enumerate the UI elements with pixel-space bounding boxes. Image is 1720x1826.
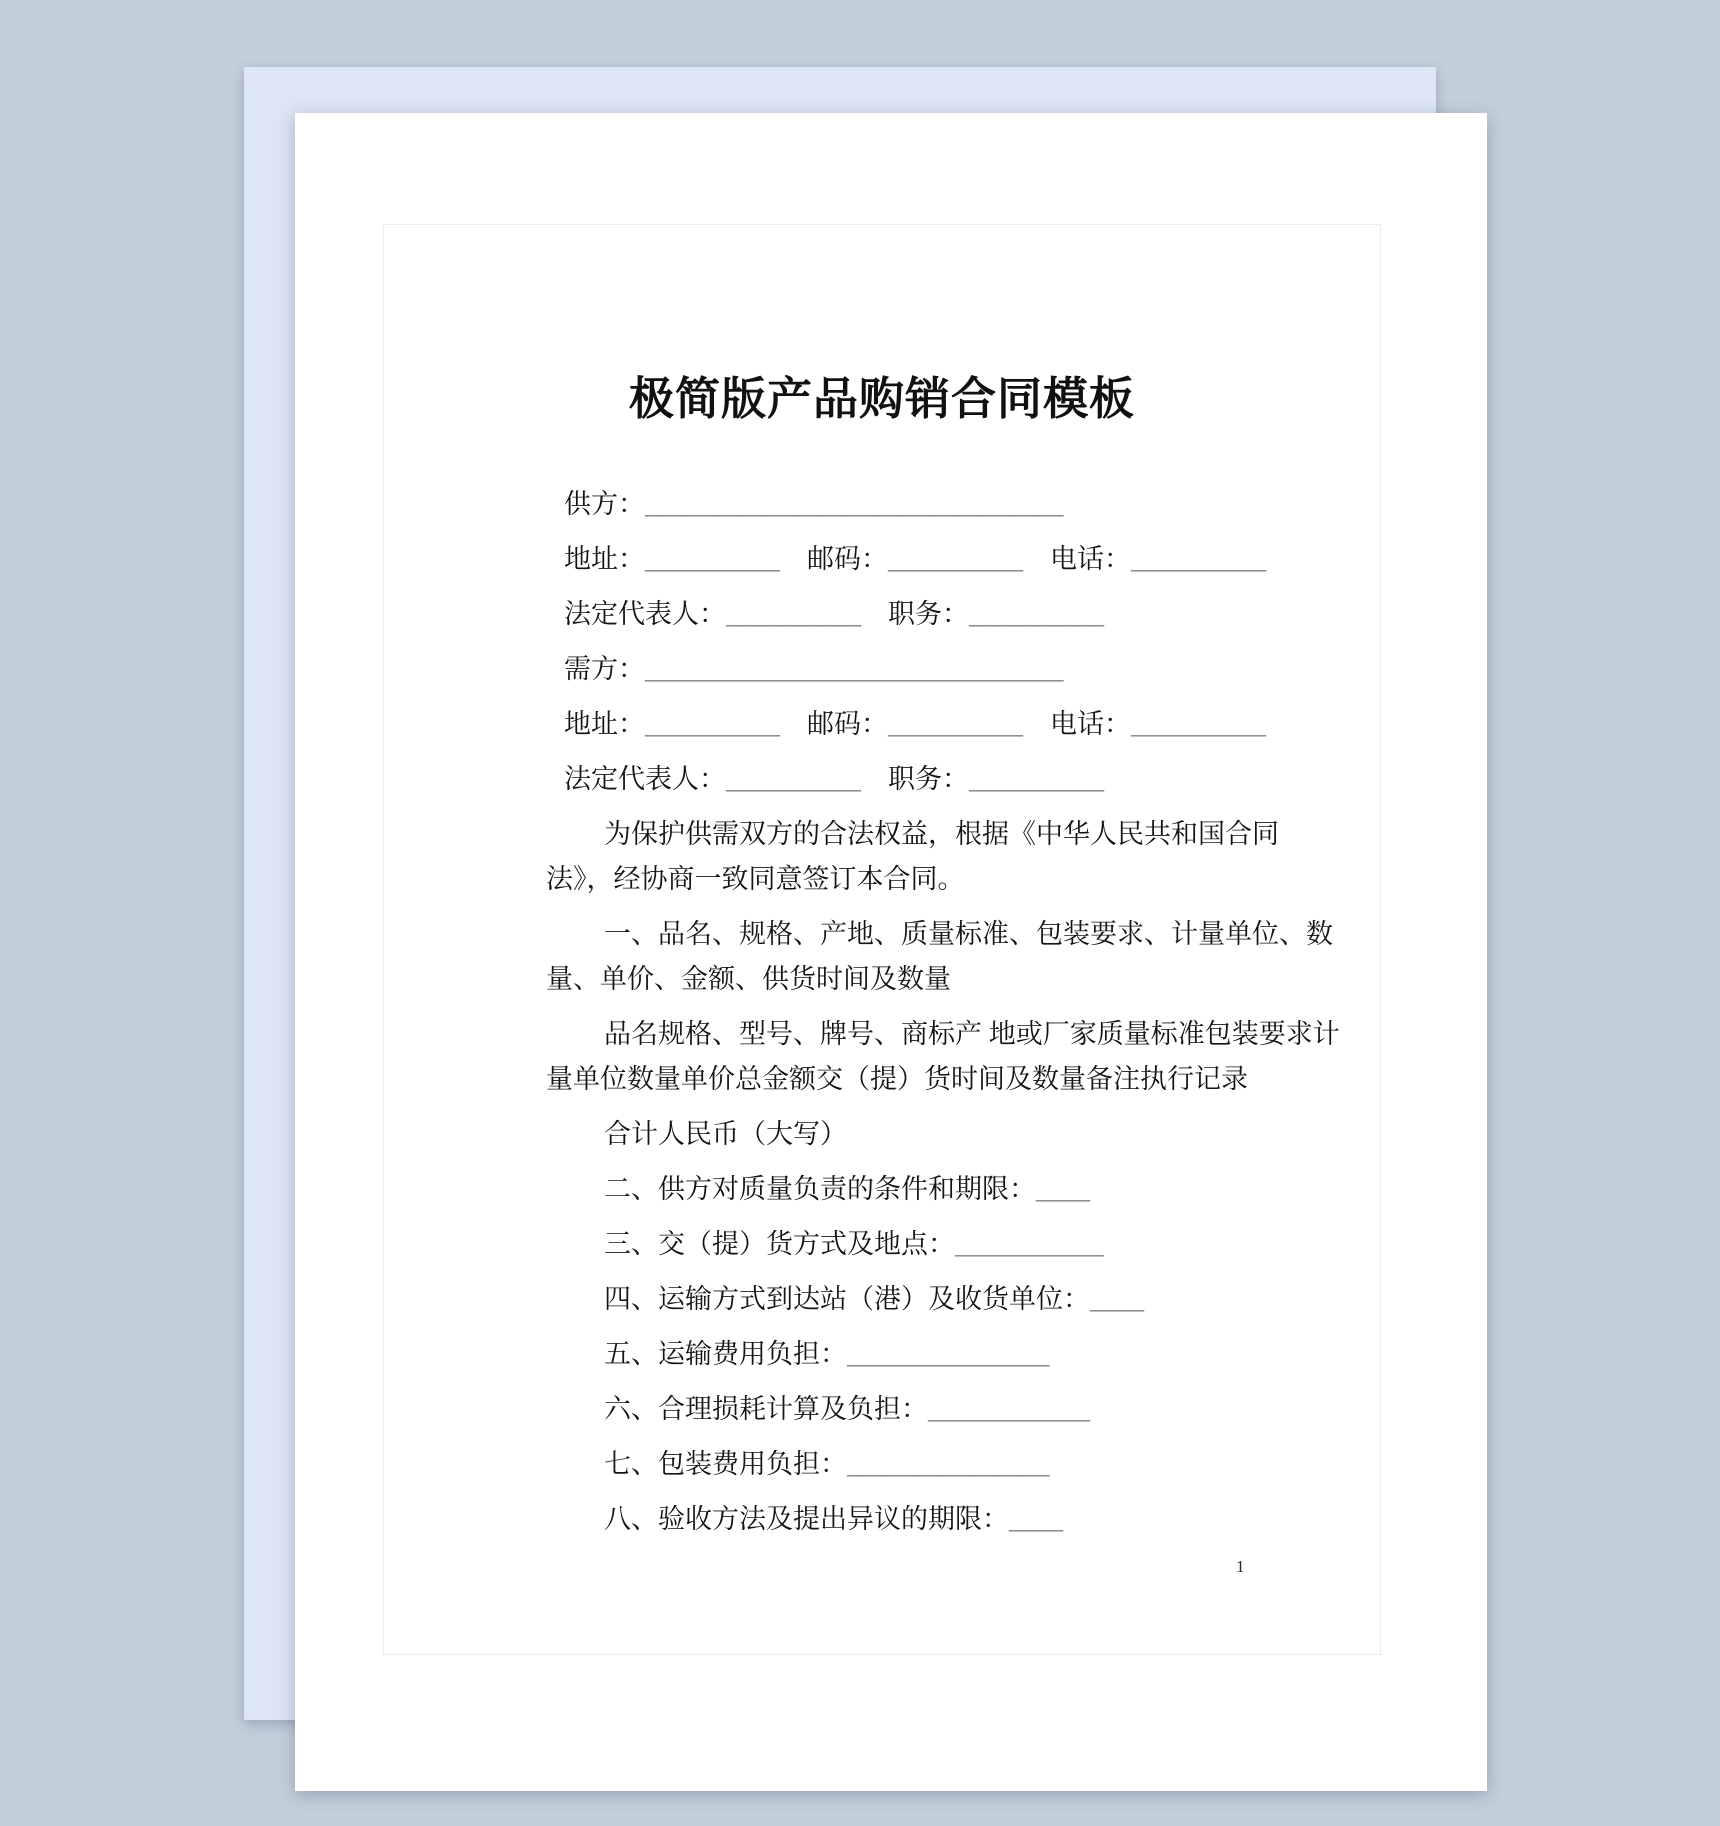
blank-field: ____ [1090,1284,1144,1314]
paragraph: 四、运输方式到达站（港）及收货单位：____ [546,1277,1340,1322]
paragraph: 五、运输费用负担：_______________ [546,1332,1340,1377]
text-run: 一、品名、规格、产地、质量标准、包装要求、计量单位、数 [604,919,1333,949]
text-run: 地址： [564,709,645,739]
blank-field: _______________ [847,1339,1050,1369]
text-run: 八、验收方法及提出异议的期限： [604,1504,1009,1534]
paragraph: 法定代表人：__________ 职务：__________ [546,592,1340,637]
text-run: 五、运输费用负担： [604,1339,847,1369]
document-line: 四、运输方式到达站（港）及收货单位：____ [546,1277,1340,1322]
document-line: 品名规格、型号、牌号、商标产 地或厂家质量标准包装要求计 [546,1012,1340,1057]
document-line: 地址：__________ 邮码：__________ 电话：_________… [546,702,1340,747]
paragraph: 八、验收方法及提出异议的期限：____ [546,1497,1340,1542]
document-line: 六、合理损耗计算及负担：____________ [546,1387,1340,1432]
blank-field: __________ [726,599,861,629]
text-run: 法》，经协商一致同意签订本合同。 [546,864,965,894]
paragraph: 一、品名、规格、产地、质量标准、包装要求、计量单位、数量、单价、金额、供货时间及… [546,912,1340,1002]
blank-field: __________ [645,709,780,739]
document-body: 供方：_______________________________地址：___… [384,482,1380,1542]
text-run: 需方： [564,654,645,684]
text-run: 量、单价、金额、供货时间及数量 [546,964,951,994]
blank-field: __________ [1131,709,1266,739]
background: 极简版产品购销合同模板 供方：_________________________… [0,0,1720,1826]
text-run: 三、交（提）货方式及地点： [604,1229,955,1259]
document-line: 地址：__________ 邮码：__________ 电话：_________… [546,537,1340,582]
blank-field: __________ [726,764,861,794]
document-line: 合计人民币（大写） [546,1112,1340,1157]
document-line: 为保护供需双方的合法权益，根据《中华人民共和国合同 [546,812,1340,857]
text-run: 供方： [564,489,645,519]
text-run: 法定代表人： [564,764,726,794]
paragraph: 二、供方对质量负责的条件和期限：____ [546,1167,1340,1212]
text-run: 职务： [861,764,969,794]
document-line: 法》，经协商一致同意签订本合同。 [546,857,1340,902]
paragraph: 三、交（提）货方式及地点：___________ [546,1222,1340,1267]
blank-field: _______________ [847,1449,1050,1479]
paragraph: 品名规格、型号、牌号、商标产 地或厂家质量标准包装要求计量单位数量单价总金额交（… [546,1012,1340,1102]
text-run: 量单位数量单价总金额交（提）货时间及数量备注执行记录 [546,1064,1248,1094]
paragraph: 地址：__________ 邮码：__________ 电话：_________… [546,702,1340,747]
text-run: 法定代表人： [564,599,726,629]
paragraph: 为保护供需双方的合法权益，根据《中华人民共和国合同法》，经协商一致同意签订本合同… [546,812,1340,902]
paragraph: 需方：_______________________________ [546,647,1340,692]
paragraph: 六、合理损耗计算及负担：____________ [546,1387,1340,1432]
paragraph: 法定代表人：__________ 职务：__________ [546,757,1340,802]
document-line: 二、供方对质量负责的条件和期限：____ [546,1167,1340,1212]
blank-field: _______________________________ [645,654,1064,684]
text-run: 电话： [1023,544,1131,574]
paragraph: 地址：__________ 邮码：__________ 电话：_________… [546,537,1340,582]
text-run: 地址： [564,544,645,574]
document-line: 一、品名、规格、产地、质量标准、包装要求、计量单位、数 [546,912,1340,957]
document-title: 极简版产品购销合同模板 [384,368,1380,430]
text-run: 电话： [1023,709,1131,739]
blank-field: ____ [1009,1504,1063,1534]
document-line: 量单位数量单价总金额交（提）货时间及数量备注执行记录 [546,1057,1340,1102]
paragraph: 合计人民币（大写） [546,1112,1340,1157]
document-line: 法定代表人：__________ 职务：__________ [546,757,1340,802]
paragraph: 七、包装费用负担：_______________ [546,1442,1340,1487]
blank-field: ____________ [928,1394,1090,1424]
document-line: 法定代表人：__________ 职务：__________ [546,592,1340,637]
page-number: 1 [1236,1555,1245,1579]
text-run: 邮码： [780,544,888,574]
document-line: 需方：_______________________________ [546,647,1340,692]
document-line: 供方：_______________________________ [546,482,1340,527]
blank-field: __________ [888,544,1023,574]
text-run: 邮码： [780,709,888,739]
blank-field: __________ [969,764,1104,794]
blank-field: ___________ [955,1229,1104,1259]
paragraph: 供方：_______________________________ [546,482,1340,527]
document-line: 七、包装费用负担：_______________ [546,1442,1340,1487]
text-run: 六、合理损耗计算及负担： [604,1394,928,1424]
document-line: 三、交（提）货方式及地点：___________ [546,1222,1340,1267]
blank-field: __________ [1131,544,1266,574]
text-run: 四、运输方式到达站（港）及收货单位： [604,1284,1090,1314]
blank-field: _______________________________ [645,489,1064,519]
blank-field: __________ [645,544,780,574]
text-run: 为保护供需双方的合法权益，根据《中华人民共和国合同 [604,819,1279,849]
text-run: 职务： [861,599,969,629]
blank-field: __________ [969,599,1104,629]
blank-field: ____ [1036,1174,1090,1204]
text-run: 二、供方对质量负责的条件和期限： [604,1174,1036,1204]
text-run: 七、包装费用负担： [604,1449,847,1479]
document-page: 极简版产品购销合同模板 供方：_________________________… [295,113,1487,1791]
document-line: 量、单价、金额、供货时间及数量 [546,957,1340,1002]
content-frame: 极简版产品购销合同模板 供方：_________________________… [383,224,1381,1655]
document-line: 八、验收方法及提出异议的期限：____ [546,1497,1340,1542]
document-line: 五、运输费用负担：_______________ [546,1332,1340,1377]
text-run: 合计人民币（大写） [604,1119,847,1149]
blank-field: __________ [888,709,1023,739]
text-run: 品名规格、型号、牌号、商标产 地或厂家质量标准包装要求计 [604,1019,1340,1049]
